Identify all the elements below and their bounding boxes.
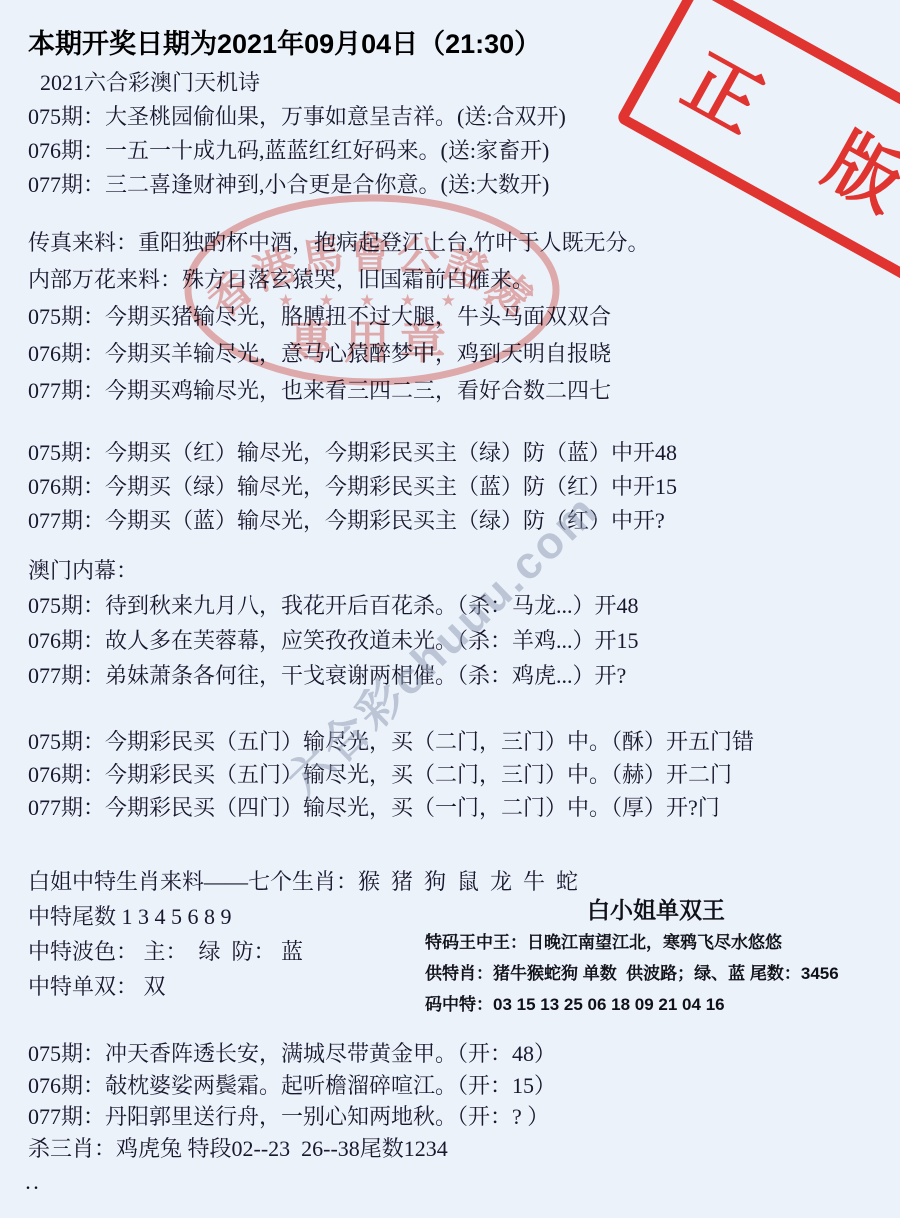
text-line: 077期：弟妹萧条各何往，干戈衰谢两相催。（杀：鸡虎...）开? <box>28 658 639 693</box>
page-footer-dots: . . <box>26 1176 38 1194</box>
text-line: 075期：大圣桃园偷仙果，万事如意呈吉祥。(送:合双开) <box>28 100 566 134</box>
seal-arc-text: 香港馬會公證處 <box>200 231 544 327</box>
section-bottom-poems: 075期：冲天香阵透长安，满城尽带黄金甲。（开：48） 076期：敧枕婆娑两鬓霜… <box>28 1038 556 1164</box>
page-title: 本期开奖日期为2021年09月04日（21:30） <box>28 22 541 61</box>
text-line: 076期：一五一十成九码,蓝蓝红红好码来。(送:家畜开) <box>28 134 566 168</box>
text-line: 特码王中王：日晚江南望江北，寒鸦飞尽水悠悠 <box>425 927 887 958</box>
text-line: 076期：故人多在芙蓉幕，应笑孜孜道未光。（杀：羊鸡...）开15 <box>28 623 639 658</box>
genuine-stamp-label: 正 版 <box>652 16 900 249</box>
text-line: 077期：今期彩民买（四门）输尽光，买（一门，二门）中。（厚）开?门 <box>28 791 754 824</box>
text-line: 076期：今期彩民买（五门）输尽光，买（二门，三门）中。（赫）开二门 <box>28 758 754 791</box>
section-men: 075期：今期彩民买（五门）输尽光，买（二门，三门）中。（酥）开五门错 076期… <box>28 725 754 824</box>
section-tianjishi: 2021六合彩澳门天机诗 075期：大圣桃园偷仙果，万事如意呈吉祥。(送:合双开… <box>28 66 566 202</box>
text-line: 杀三肖：鸡虎兔 特段02--23 26--38尾数1234 <box>28 1133 556 1165</box>
text-line: 供特肖：猪牛猴蛇狗 单数 供波路；绿、蓝 尾数：3456 <box>425 958 887 989</box>
text-line: 075期：今期买（红）输尽光，今期彩民买主（绿）防（蓝）中开48 <box>28 436 677 470</box>
section-baixiaojie: 白小姐单双王 特码王中王：日晚江南望江北，寒鸦飞尽水悠悠 供特肖：猪牛猴蛇狗 单… <box>425 893 887 1020</box>
baixiaojie-title: 白小姐单双王 <box>425 893 887 927</box>
genuine-stamp: 正 版 <box>616 0 900 285</box>
svg-text:香港馬會公證處: 香港馬會公證處 <box>200 231 544 327</box>
tip-sheet-page: 本期开奖日期为2021年09月04日（21:30） 2021六合彩澳门天机诗 0… <box>0 0 900 1218</box>
hk-jockey-club-seal-icon: 香港馬會公證處 ★ ★ ★ ★ ★ ★ ★ 專用章 <box>172 190 572 395</box>
seal-bottom-text: 專用章 <box>288 317 456 368</box>
text-line: 码中特：03 15 13 25 06 18 09 21 04 16 <box>425 989 887 1020</box>
text-line: 075期：冲天香阵透长安，满城尽带黄金甲。（开：48） <box>28 1038 556 1070</box>
seal-stars: ★ ★ ★ ★ ★ ★ ★ <box>237 291 506 311</box>
text-line: 2021六合彩澳门天机诗 <box>28 66 566 100</box>
text-line: 076期：敧枕婆娑两鬓霜。起听檐溜碎喧江。（开：15） <box>28 1070 556 1102</box>
text-line: 075期：待到秋来九月八，我花开后百花杀。（杀：马龙...）开48 <box>28 588 639 623</box>
text-line: 077期：丹阳郭里送行舟，一别心知两地秋。（开：? ） <box>28 1101 556 1133</box>
